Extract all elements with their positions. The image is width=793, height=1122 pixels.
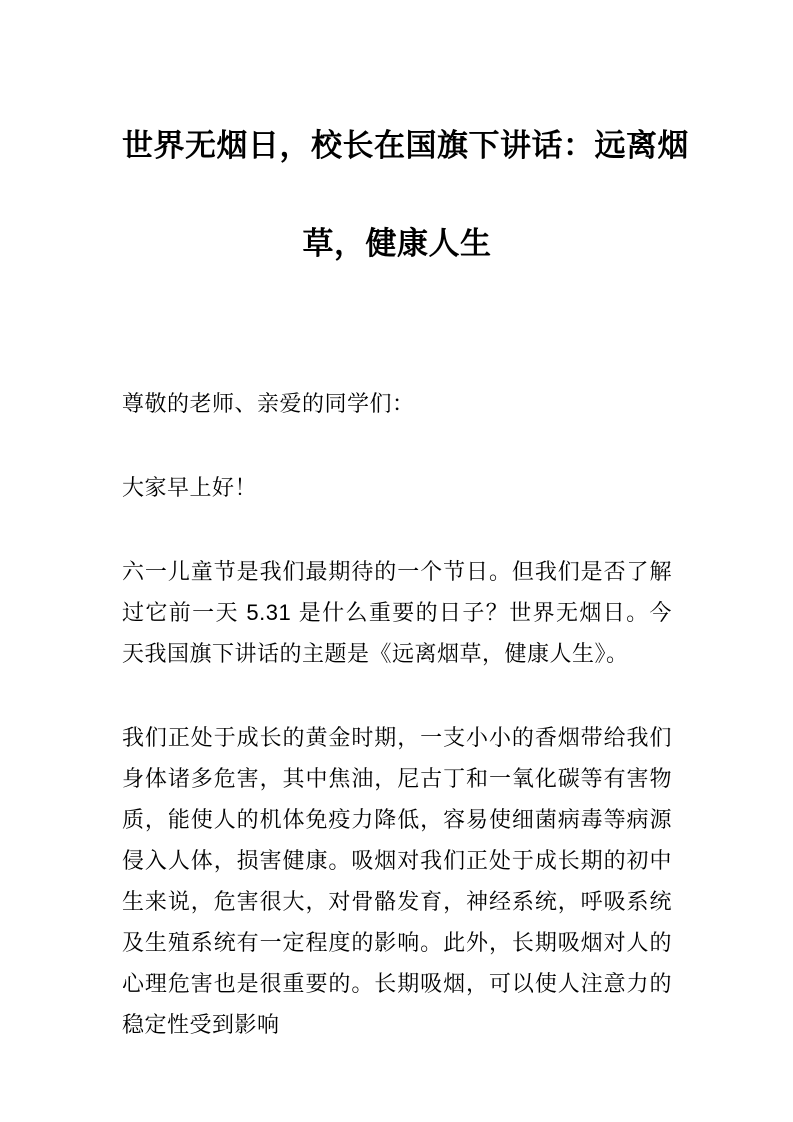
title-line-1: 世界无烟日，校长在国旗下讲话：远离烟 — [122, 97, 672, 195]
document-page: 世界无烟日，校长在国旗下讲话：远离烟 草，健康人生 尊敬的老师、亲爱的同学们： … — [0, 0, 793, 1122]
title-line-2: 草，健康人生 — [122, 195, 672, 293]
paragraph-smoking-harms: 我们正处于成长的黄金时期，一支小小的香烟带给我们身体诸多危害，其中焦油，尼古丁和… — [122, 717, 672, 1045]
paragraph-salutation: 大家早上好！ — [122, 467, 672, 508]
paragraph-intro: 六一儿童节是我们最期待的一个节日。但我们是否了解过它前一天 5.31 是什么重要… — [122, 551, 672, 674]
paragraph-greeting: 尊敬的老师、亲爱的同学们： — [122, 383, 672, 424]
document-body: 尊敬的老师、亲爱的同学们： 大家早上好！ 六一儿童节是我们最期待的一个节日。但我… — [122, 383, 672, 1045]
document-title: 世界无烟日，校长在国旗下讲话：远离烟 草，健康人生 — [122, 97, 672, 293]
